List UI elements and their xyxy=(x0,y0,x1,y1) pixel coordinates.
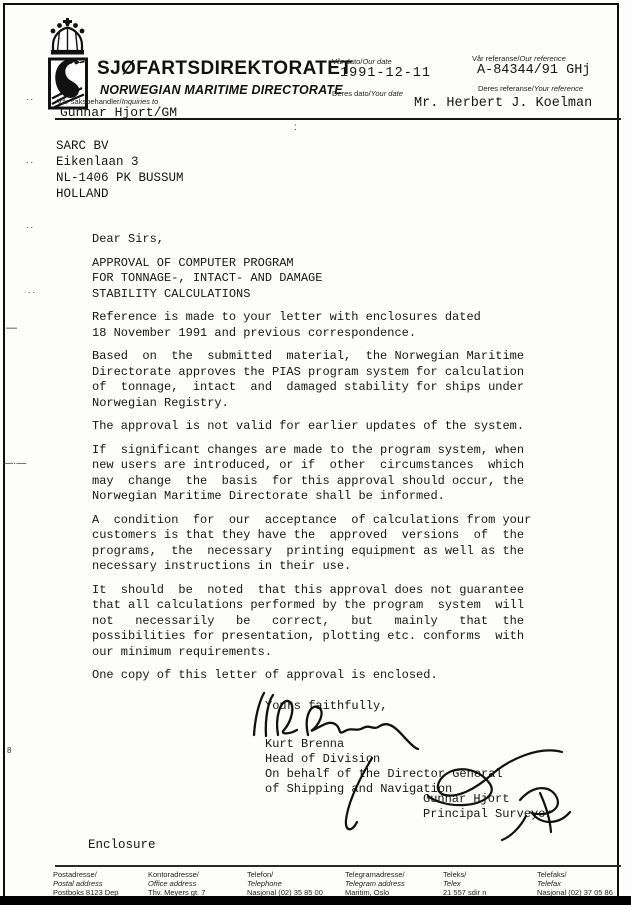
scan-artifact: : xyxy=(294,122,299,133)
paragraph-reference: Reference is made to your letter with en… xyxy=(92,310,544,341)
your-date-label: Deres dato/Your date xyxy=(332,89,403,98)
letter-body: Dear Sirs, APPROVAL OF COMPUTER PROGRAM … xyxy=(92,232,544,692)
our-reference-label: Vår referanse/Our reference xyxy=(472,54,566,63)
scan-artifact: 8 xyxy=(7,746,13,755)
org-name-english: NORWEGIAN MARITIME DIRECTORATE xyxy=(100,83,343,97)
your-reference-label: Deres referanse/Your reference xyxy=(478,84,583,93)
scan-artifact: — xyxy=(6,322,19,334)
scanned-letter-page: SJØFARTSDIREKTORATET NORWEGIAN MARITIME … xyxy=(0,0,631,905)
paragraph-changes: If significant changes are made to the p… xyxy=(92,443,544,505)
footer-divider-rule xyxy=(55,865,621,867)
our-date-label: Vår dato/Our date xyxy=(332,57,392,66)
scan-artifact: .. xyxy=(26,155,35,165)
our-reference-value: A-84344/91 GHj xyxy=(477,63,590,78)
footer-telex: Teleks/ Telex 21 557 sdir n xyxy=(443,871,543,897)
scan-artifact: .. xyxy=(26,220,35,230)
signature-gunnar-hjort xyxy=(330,738,580,843)
paragraph-approval: Based on the submitted material, the Nor… xyxy=(92,349,544,411)
org-name-norwegian: SJØFARTSDIREKTORATET xyxy=(97,58,352,80)
paragraph-condition: A condition for our acceptance of calcul… xyxy=(92,513,544,575)
scan-artifact: .. xyxy=(28,285,37,295)
salutation: Dear Sirs, xyxy=(92,232,544,248)
enclosure-note: Enclosure xyxy=(88,838,156,852)
your-reference-value: Mr. Herbert J. Koelman xyxy=(414,96,592,111)
recipient-address: SARC BV Eikenlaan 3 NL-1406 PK BUSSUM HO… xyxy=(56,138,184,202)
footer-telegram-address: Telegramadresse/ Telegram address Mariti… xyxy=(345,871,445,897)
subject-lines: APPROVAL OF COMPUTER PROGRAM FOR TONNAGE… xyxy=(92,256,544,303)
paragraph-validity: The approval is not valid for earlier up… xyxy=(92,419,544,435)
header-divider-rule xyxy=(55,118,621,120)
scan-artifact: —·— xyxy=(3,458,26,469)
our-date-value: 1991-12-11 xyxy=(340,66,431,81)
scan-artifact: .. xyxy=(26,92,35,102)
paragraph-guarantee: It should be noted that this approval do… xyxy=(92,583,544,661)
scan-bottom-edge xyxy=(0,896,631,905)
